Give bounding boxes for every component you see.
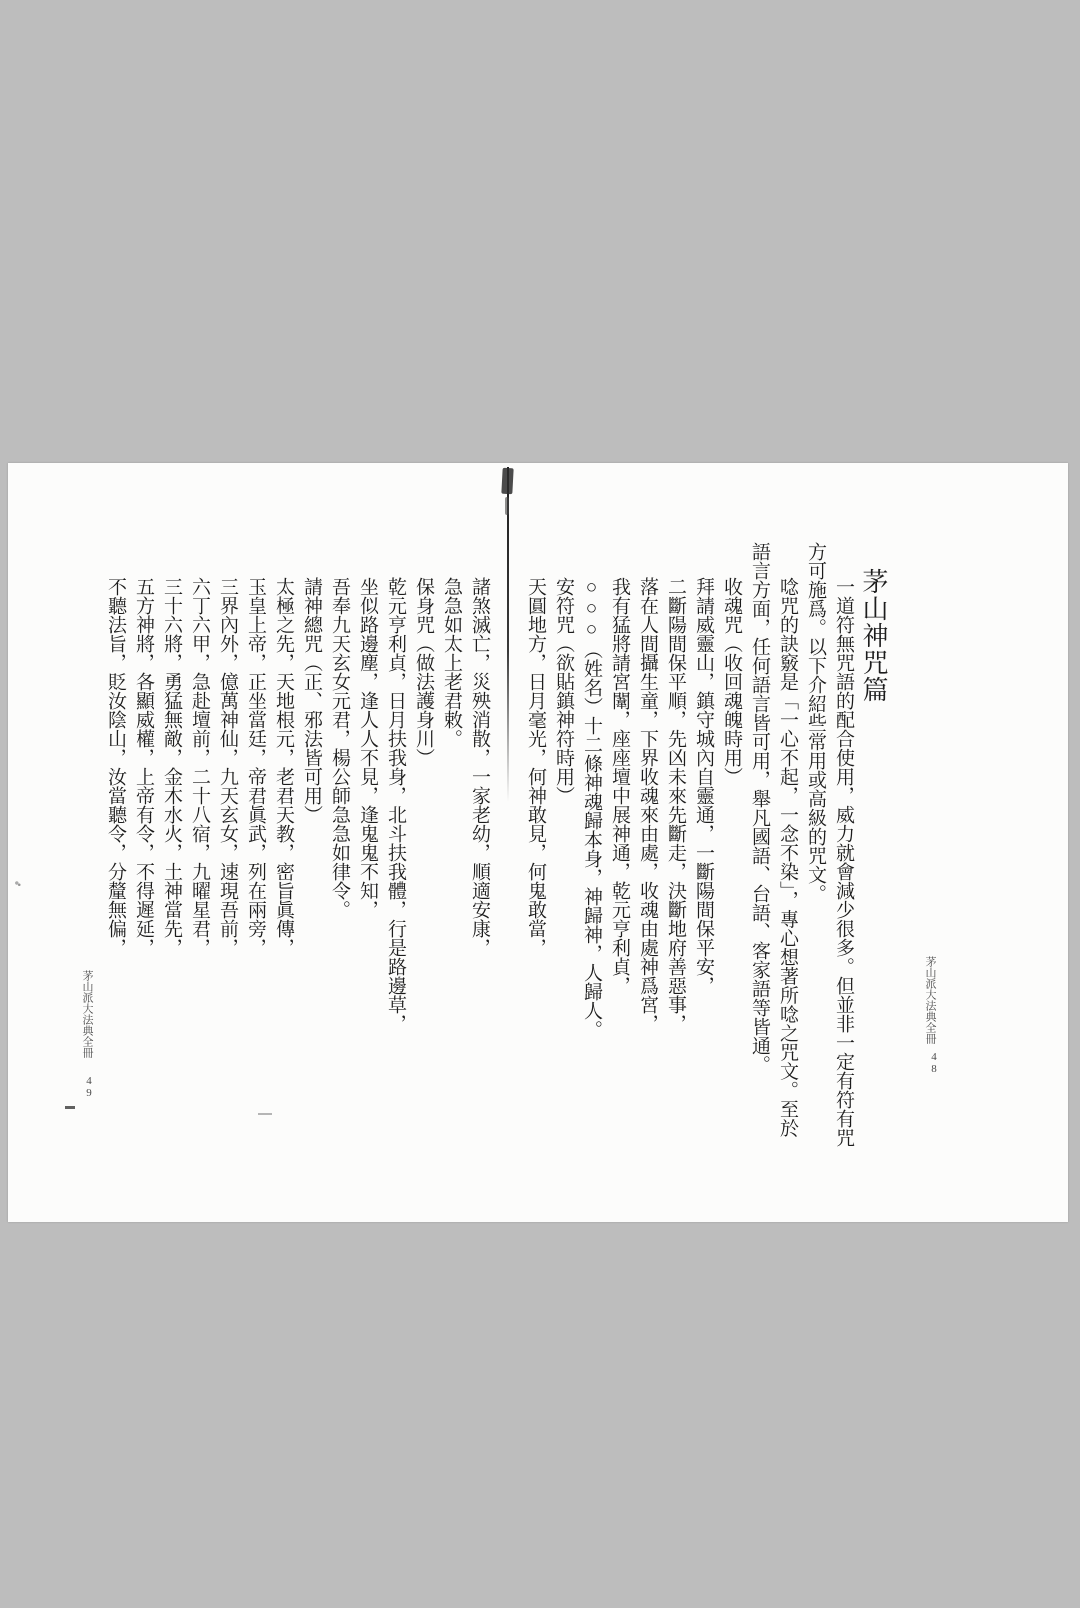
text-column: 三十六將，勇猛無敵，金木水火，土神當先， <box>160 577 182 1142</box>
scan-artifact-dash <box>65 1106 75 1109</box>
book-page-spread: 茅山神咒篇 一道符無咒語的配合使用，威力就會減少很多。但並非一定有符有咒方可施爲… <box>8 463 1068 1222</box>
text-column: 安符咒（欲貼鎮神符時用） <box>552 542 574 1154</box>
text-column: 落在人間攝生童，下界收魂來由處，收魂由處神爲宮， <box>636 542 658 1154</box>
text-column: 急急如太上老君敕。 <box>440 577 462 1142</box>
text-column: 方可施爲。以下介紹些常用或高級的咒文。 <box>804 542 826 1154</box>
text-column: 太極之先，天地根元，老君天教，密旨眞傳， <box>272 577 294 1142</box>
text-column: 二斷陽間保平順，先凶未來先斷走，決斷地府善惡事， <box>664 542 686 1154</box>
text-column: 唸咒的訣竅是「一心不起，一念不染」，專心想著所唸之咒文。至於 <box>776 542 798 1154</box>
text-column: 乾元亨利貞，日月扶我身，北斗扶我體，行是路邊草， <box>384 577 406 1142</box>
scanner-backdrop: 茅山神咒篇 一道符無咒語的配合使用，威力就會減少很多。但並非一定有符有咒方可施爲… <box>0 0 1080 1608</box>
text-column: 保身咒（做法護身川） <box>412 577 434 1142</box>
gutter-crease-line <box>507 467 509 802</box>
scan-artifact-speck <box>14 880 21 886</box>
chapter-title: 茅山神咒篇 <box>858 542 888 1154</box>
text-column: 不聽法旨，貶汝陰山，汝當聽令，分釐無偏， <box>104 577 126 1142</box>
text-column: 一道符無咒語的配合使用，威力就會減少很多。但並非一定有符有咒 <box>832 542 854 1154</box>
page-number-left: 49 <box>82 1075 95 1099</box>
page-number-right: 48 <box>927 1051 940 1075</box>
gutter-ink-smudge <box>505 497 509 515</box>
text-column: 諸煞滅亡，災殃消散，一家老幼，順適安康， <box>468 577 490 1142</box>
running-head-right: 茅山派大法典全冊 <box>923 956 936 1044</box>
gutter-ink-blob <box>501 468 513 495</box>
right-page-text-block: 茅山神咒篇 一道符無咒語的配合使用，威力就會減少很多。但並非一定有符有咒方可施爲… <box>518 542 888 1154</box>
running-head-left: 茅山派大法典全冊 <box>80 970 93 1058</box>
text-column: 吾奉九天玄女元君，楊公師急急如律令。 <box>328 577 350 1142</box>
left-page-text-block: 諸煞滅亡，災殃消散，一家老幼，順適安康，急急如太上老君敕。保身咒（做法護身川）乾… <box>98 577 490 1142</box>
text-column: ○○○（姓名）十二條神魂歸本身，神歸神，人歸人。 <box>580 542 602 1154</box>
text-column: 拜請威靈山，鎮守城內自靈通，一斷陽間保平安， <box>692 542 714 1154</box>
text-column: 五方神將，各顯威權，上帝有令，不得遲延， <box>132 577 154 1142</box>
text-column: 語言方面，任何語言皆可用，舉凡國語、台語、客家語等皆通。 <box>748 542 770 1154</box>
text-column: 請神總咒（正、邪法皆可用） <box>300 577 322 1142</box>
text-column: 坐似路邊塵，逢人人不見，逢鬼鬼不知， <box>356 577 378 1142</box>
text-column: 天圓地方，日月毫光，何神敢見，何鬼敢當， <box>524 542 546 1154</box>
text-column: 三界內外，億萬神仙，九天玄女，速現吾前， <box>216 577 238 1142</box>
text-column: 六丁六甲，急赴壇前，二十八宿，九曜星君， <box>188 577 210 1142</box>
text-column: 收魂咒（收回魂魄時用） <box>720 542 742 1154</box>
text-column: 玉皇上帝，正坐當廷，帝君眞武，列在兩旁， <box>244 577 266 1142</box>
text-column: 我有猛將請宮闈，座座壇中展神通，乾元亨利貞， <box>608 542 630 1154</box>
